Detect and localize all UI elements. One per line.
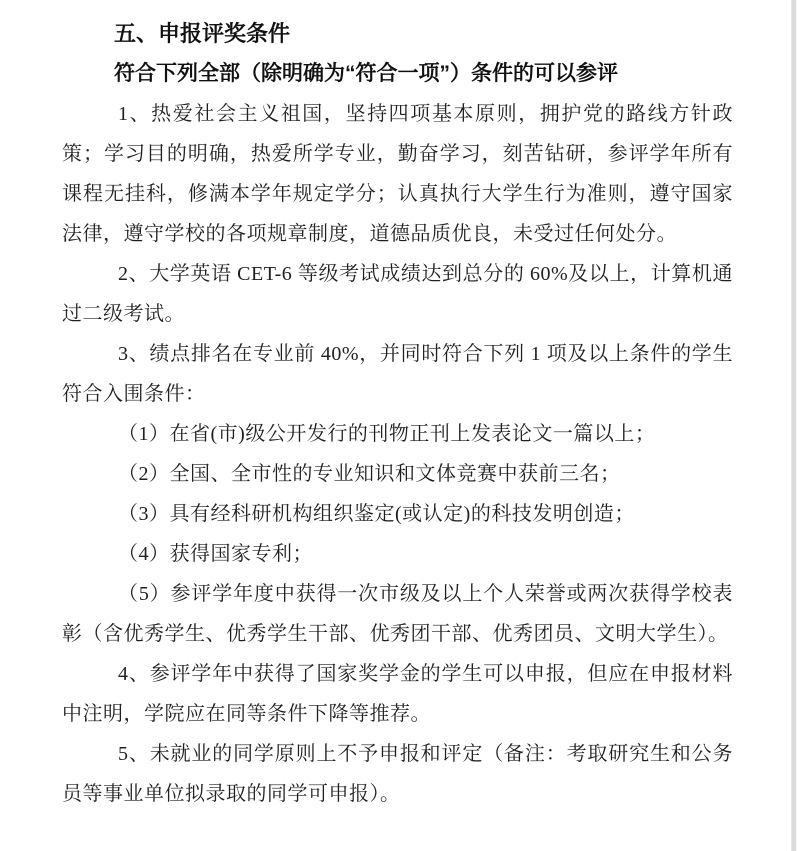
paragraph-condition-3: 3、绩点排名在专业前 40%，并同时符合下列 1 项及以上条件的学生符合入围条件…: [62, 334, 733, 414]
list-item-subcondition-5: （5）参评学年度中获得一次市级及以上个人荣誉或两次获得学校表彰（含优秀学生、优秀…: [62, 574, 733, 654]
paragraph-condition-1: 1、热爱社会主义祖国，坚持四项基本原则，拥护党的路线方针政策；学习目的明确，热爱…: [62, 94, 733, 254]
paragraph-condition-4: 4、参评学年中获得了国家奖学金的学生可以申报，但应在申报材料中注明，学院应在同等…: [62, 654, 733, 734]
document-page: 五、申报评奖条件 符合下列全部（除明确为“符合一项”）条件的可以参评 1、热爱社…: [0, 0, 792, 851]
list-item-subcondition-2: （2）全国、全市性的专业知识和文体竞赛中获前三名；: [62, 454, 733, 494]
paragraph-condition-2: 2、大学英语 CET-6 等级考试成绩达到总分的 60%及以上，计算机通过二级考…: [62, 254, 733, 334]
paragraph-condition-5: 5、未就业的同学原则上不予申报和评定（备注：考取研究生和公务员等事业单位拟录取的…: [62, 734, 733, 814]
list-item-subcondition-3: （3）具有经科研机构组织鉴定(或认定)的科技发明创造；: [62, 494, 733, 534]
list-item-subcondition-1: （1）在省(市)级公开发行的刊物正刊上发表论文一篇以上；: [62, 414, 733, 454]
scrollbar-track[interactable]: [791, 0, 797, 851]
list-item-subcondition-4: （4）获得国家专利；: [62, 534, 733, 574]
section-heading: 五、申报评奖条件: [62, 14, 733, 54]
section-subheading: 符合下列全部（除明确为“符合一项”）条件的可以参评: [62, 54, 733, 94]
